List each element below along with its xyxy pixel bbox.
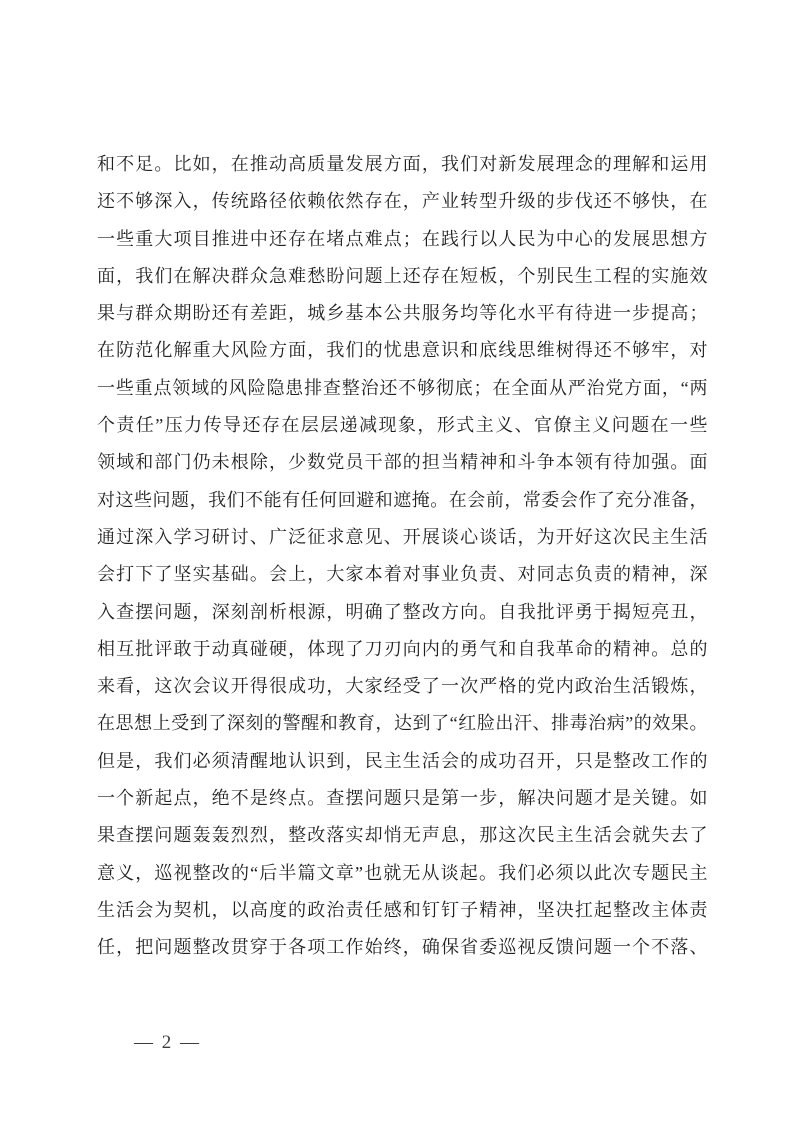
body-text-line: 生活会为契机，以高度的政治责任感和钉钉子精神，坚决扛起整改主体责 bbox=[97, 892, 708, 929]
page-number: — 2 — bbox=[134, 1031, 201, 1055]
body-text-line: 果查摆问题轰轰烈烈，整改落实却悄无声息，那这次民主生活会就失去了 bbox=[97, 817, 708, 854]
body-text-line: 相互批评敢于动真碰硬，体现了刀刃向内的勇气和自我革命的精神。总的 bbox=[97, 631, 708, 668]
body-text-line: 任，把问题整改贯穿于各项工作始终，确保省委巡视反馈问题一个不落、 bbox=[97, 929, 708, 966]
body-text-line: 在防范化解重大风险方面，我们的忧患意识和底线思维树得还不够牢，对 bbox=[97, 332, 708, 369]
body-text-line: 在思想上受到了深刻的警醒和教育，达到了“红脸出汗、排毒治病”的效果。 bbox=[97, 705, 708, 742]
body-text-line: 对这些问题，我们不能有任何回避和遮掩。在会前，常委会作了充分准备， bbox=[97, 482, 708, 519]
body-text-line: 和不足。比如，在推动高质量发展方面，我们对新发展理念的理解和运用 bbox=[97, 146, 708, 183]
body-text-line: 还不够深入，传统路径依赖依然存在，产业转型升级的步伐还不够快，在 bbox=[97, 183, 708, 220]
body-text-line: 但是，我们必须清醒地认识到，民主生活会的成功召开，只是整改工作的 bbox=[97, 743, 708, 780]
body-text-line: 意义，巡视整改的“后半篇文章”也就无从谈起。我们必须以此次专题民主 bbox=[97, 855, 708, 892]
body-text-line: 会打下了坚实基础。会上，大家本着对事业负责、对同志负责的精神，深 bbox=[97, 556, 708, 593]
body-text-line: 果与群众期盼还有差距，城乡基本公共服务均等化水平有待进一步提高； bbox=[97, 295, 708, 332]
body-text-line: 面，我们在解决群众急难愁盼问题上还存在短板，个别民生工程的实施效 bbox=[97, 258, 708, 295]
body-text-line: 通过深入学习研讨、广泛征求意见、开展谈心谈话，为开好这次民主生活 bbox=[97, 519, 708, 556]
body-text-line: 一个新起点，绝不是终点。查摆问题只是第一步，解决问题才是关键。如 bbox=[97, 780, 708, 817]
body-text-line: 来看，这次会议开得很成功，大家经受了一次严格的党内政治生活锻炼， bbox=[97, 668, 708, 705]
body-text-line: 一些重大项目推进中还存在堵点难点；在践行以人民为中心的发展思想方 bbox=[97, 221, 708, 258]
body-text-line: 入查摆问题，深刻剖析根源，明确了整改方向。自我批评勇于揭短亮丑， bbox=[97, 594, 708, 631]
document-page: 和不足。比如，在推动高质量发展方面，我们对新发展理念的理解和运用还不够深入，传统… bbox=[0, 0, 793, 1122]
body-text-line: 领域和部门仍未根除，少数党员干部的担当精神和斗争本领有待加强。面 bbox=[97, 444, 708, 481]
body-text-line: 个责任”压力传导还存在层层递减现象，形式主义、官僚主义问题在一些 bbox=[97, 407, 708, 444]
body-text-line: 一些重点领域的风险隐患排查整治还不够彻底；在全面从严治党方面，“两 bbox=[97, 370, 708, 407]
document-body: 和不足。比如，在推动高质量发展方面，我们对新发展理念的理解和运用还不够深入，传统… bbox=[97, 146, 708, 967]
